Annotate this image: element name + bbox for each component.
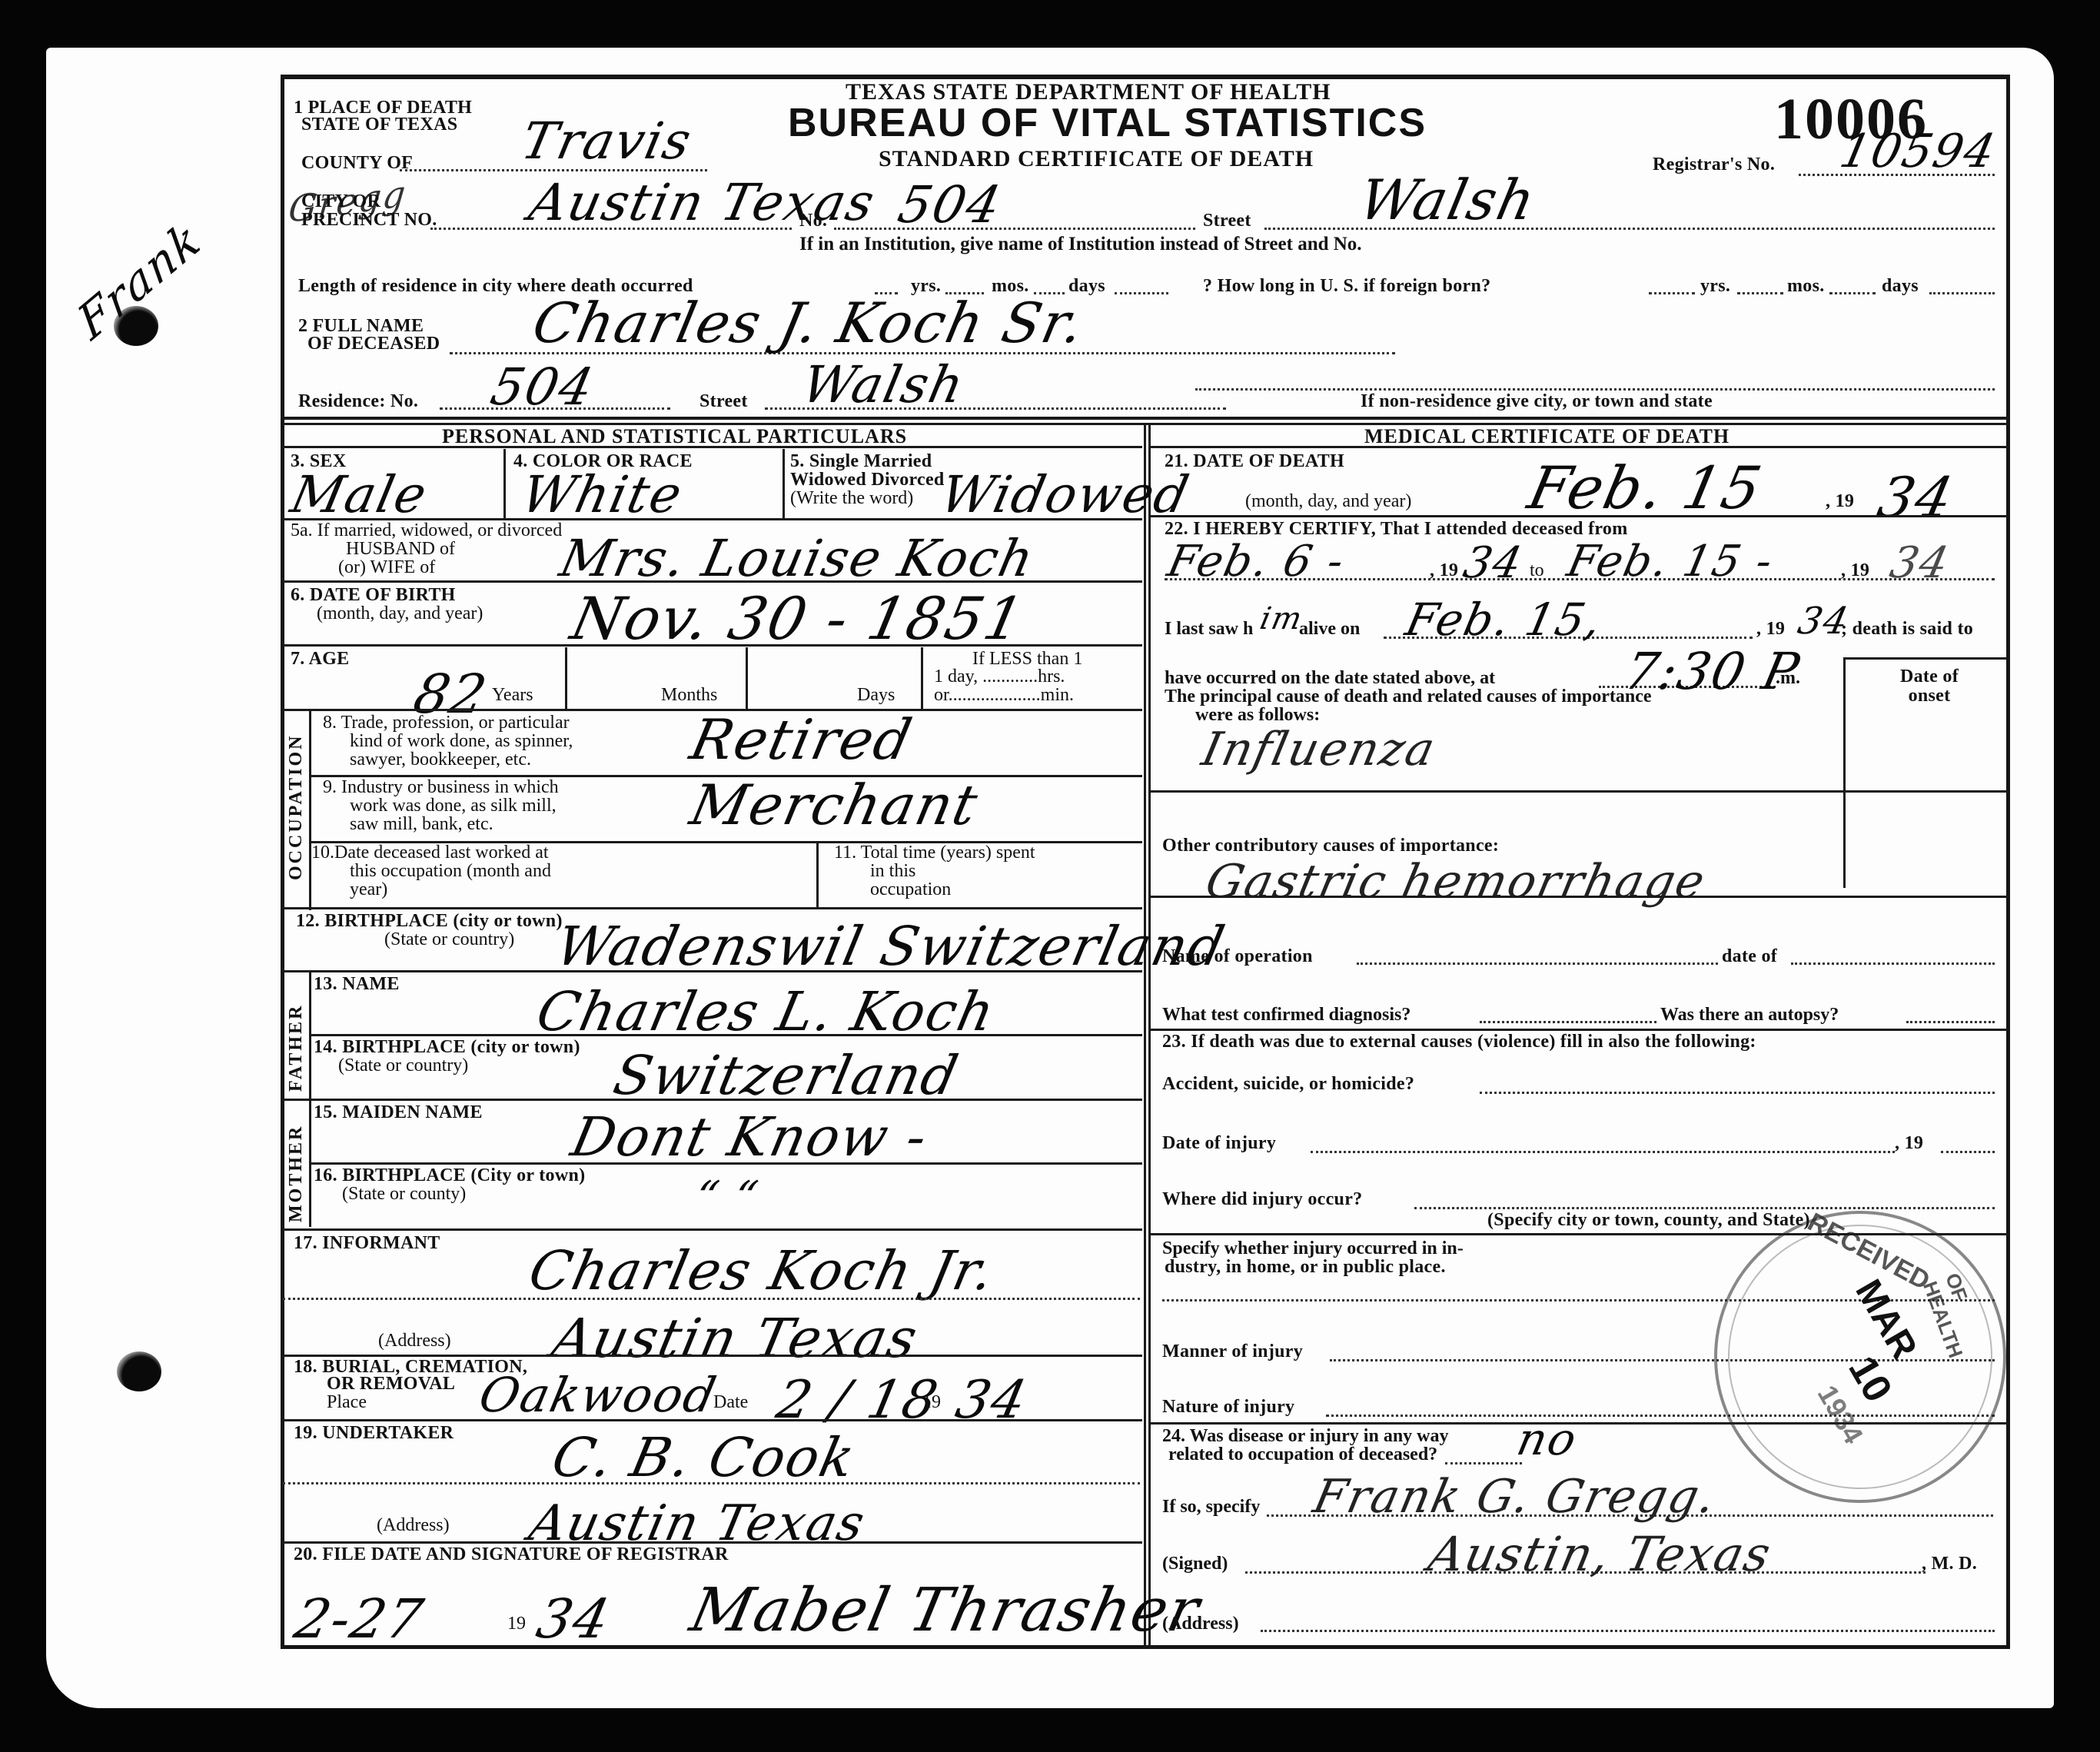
trade-label-2: kind of work done, as spinner,: [350, 732, 573, 751]
wife-of-label: (or) WIFE of: [338, 558, 435, 577]
less-than-hrs: 1 day, ............hrs.: [934, 667, 1065, 687]
industry-label-3: saw mill, bank, etc.: [350, 815, 493, 834]
occurred-label: have occurred on the date stated above, …: [1165, 669, 1495, 688]
test-confirmed-label: What test confirmed diagnosis?: [1162, 1006, 1411, 1025]
manner-of-injury-label: Manner of injury: [1162, 1342, 1303, 1361]
principal-cause-label: The principal cause of death and related…: [1165, 687, 1652, 706]
mother-maiden-value: Dont Know -: [566, 1105, 934, 1169]
form-title: STANDARD CERTIFICATE OF DEATH: [879, 146, 1314, 172]
birthplace-sublabel: (State or country): [384, 930, 514, 949]
nature-of-injury-label: Nature of injury: [1162, 1398, 1294, 1417]
informant-name-value: Charles Koch Jr.: [523, 1239, 1000, 1302]
residence-street-label: Street: [699, 392, 748, 411]
time-m-label: .m.: [1776, 669, 1800, 688]
residence-no-value: 504: [486, 357, 600, 417]
date-of-death-year-prefix: , 19: [1826, 492, 1854, 511]
specify-where-label: Specify whether injury occurred in in-: [1162, 1239, 1464, 1258]
to-label: to: [1530, 561, 1544, 580]
last-saw-value: Feb. 15,: [1401, 593, 1607, 646]
deceased-name-value: Charles J. Koch Sr.: [527, 291, 1091, 355]
spouse-value: Mrs. Louise Koch: [555, 529, 1040, 588]
number-value: 504: [893, 175, 1007, 234]
accident-label: Accident, suicide, or homicide?: [1162, 1075, 1414, 1094]
marital-options: Widowed Divorced: [790, 470, 945, 490]
personal-section-title: PERSONAL AND STATISTICAL PARTICULARS: [442, 425, 907, 448]
industry-label-2: work was done, as silk mill,: [350, 796, 557, 816]
burial-date-value: 2 / 18: [772, 1370, 945, 1431]
burial-removal-label: OR REMOVAL: [327, 1375, 455, 1394]
occupation-related-label: 24. Was disease or injury in any way: [1162, 1427, 1449, 1446]
mother-side-label: MOTHER: [286, 1125, 307, 1222]
informant-label: 17. INFORMANT: [294, 1234, 440, 1253]
physician-name: Frank G. Gregg.: [1309, 1470, 1722, 1524]
residence-street-value: Walsh: [797, 355, 970, 414]
mother-birthplace-label: 16. BIRTHPLACE (City or town): [314, 1166, 585, 1185]
registrar-label: 20. FILE DATE AND SIGNATURE OF REGISTRAR: [294, 1545, 729, 1564]
total-time-label-2: in this: [870, 862, 915, 881]
sex-value: Male: [286, 465, 433, 524]
trade-label-3: sawyer, bookkeeper, etc.: [350, 750, 531, 770]
street-value: Walsh: [1354, 168, 1542, 232]
dob-value: Nov. 30 - 1851: [566, 584, 1032, 653]
registrar-signature: Mabel Thrasher: [684, 1576, 1206, 1645]
occupation-related-value: no: [1513, 1413, 1583, 1465]
other-causes-label: Other contributory causes of importance:: [1162, 836, 1499, 856]
total-time-label-3: occupation: [870, 880, 951, 899]
attended-from-year-prefix: , 19: [1430, 561, 1458, 580]
attended-from-value: Feb. 6 -: [1163, 537, 1350, 587]
state-of-texas-label: STATE OF TEXAS: [301, 115, 457, 135]
mother-birthplace-sublabel: (State or county): [342, 1185, 466, 1204]
date-of-death-label: 21. DATE OF DEATH: [1165, 452, 1344, 471]
md-label: , M. D.: [1922, 1554, 1977, 1574]
burial-year-value: 34: [951, 1370, 1033, 1431]
less-than-min: or....................min.: [934, 686, 1074, 705]
external-causes-label: 23. If death was due to external causes …: [1162, 1032, 1756, 1052]
date-of-injury-year-prefix: , 19: [1895, 1134, 1923, 1153]
occupation-side-label: OCCUPATION: [286, 734, 307, 880]
informant-address-value: Austin Texas: [547, 1307, 924, 1370]
date-of-death-sublabel: (month, day, and year): [1245, 492, 1411, 511]
attended-to-year-prefix: , 19: [1841, 561, 1869, 580]
signed-label: (Signed): [1162, 1554, 1228, 1574]
father-birthplace-label: 14. BIRTHPLACE (city or town): [314, 1038, 580, 1057]
attended-to-value: Feb. 15 -: [1563, 537, 1778, 587]
last-worked-label: 10.Date deceased last worked at: [311, 843, 549, 863]
county-value: Travis: [517, 111, 698, 171]
foreign-mos-label: mos.: [1787, 277, 1825, 296]
city-label: CITY OR: [301, 192, 380, 211]
last-worked-label-3: year): [350, 880, 387, 899]
where-injury-label: Where did injury occur?: [1162, 1190, 1362, 1209]
undertaker-name-value: C. B. Cook: [547, 1426, 861, 1489]
operation-label: Name of operation: [1162, 947, 1313, 966]
principal-cause-value: Influenza: [1198, 723, 1441, 776]
registrar-no-value: 10594: [1836, 125, 2002, 178]
punch-hole-bottom: [117, 1351, 161, 1391]
date-of-injury-label: Date of injury: [1162, 1134, 1276, 1153]
specify-where-label-2: dustry, in home, or in public place.: [1165, 1258, 1446, 1277]
mother-birthplace-value: “ “: [690, 1172, 763, 1222]
county-label: COUNTY OF: [301, 154, 413, 173]
mother-maiden-label: 15. MAIDEN NAME: [314, 1103, 483, 1122]
signed-value: Austin, Texas: [1424, 1526, 1776, 1582]
dob-sublabel: (month, day, and year): [317, 604, 483, 623]
industry-value: Merchant: [685, 773, 985, 837]
other-causes-value: Gastric hemorrhage: [1201, 855, 1711, 909]
bureau-title: BUREAU OF VITAL STATISTICS: [788, 100, 1427, 146]
date-of-death-year: 34: [1872, 465, 1959, 530]
marital-label: 5. Single Married: [790, 452, 932, 471]
foreign-yrs-label: yrs.: [1700, 277, 1730, 296]
father-birthplace-value: Switzerland: [608, 1044, 965, 1107]
months-label: Months: [661, 686, 717, 705]
years-label: Years: [492, 686, 533, 705]
date-of-death-value: Feb. 15: [1523, 454, 1769, 522]
residence-no-label: Residence: No.: [298, 392, 418, 411]
birthplace-label: 12. BIRTHPLACE (city or town): [296, 912, 563, 931]
registrar-no-label: Registrar's No.: [1653, 155, 1775, 175]
attended-from-year: 34: [1459, 538, 1527, 588]
attended-to-year: 34: [1886, 538, 1954, 588]
husband-of-label: HUSBAND of: [346, 540, 455, 559]
death-said-label: ; death is said to: [1841, 620, 1973, 639]
nonresidence-note: If non-residence give city, or town and …: [1361, 392, 1713, 411]
occupation-related-label-2: related to occupation of deceased?: [1168, 1445, 1437, 1464]
received-stamp: RECEIVED OF HEALTH MAR 10 1934: [1714, 1211, 2006, 1503]
precinct-label: PRECINCT NO.: [301, 211, 437, 230]
institution-note: If in an Institution, give name of Insti…: [799, 234, 1362, 254]
last-worked-label-2: this occupation (month and: [350, 862, 551, 881]
medical-section-title: MEDICAL CERTIFICATE OF DEATH: [1364, 425, 1730, 448]
birthplace-value: Wadenswil Switzerland: [550, 915, 1231, 978]
informant-address-label: (Address): [378, 1331, 451, 1351]
days-label: Days: [857, 686, 895, 705]
physician-address-label: (Address): [1162, 1614, 1239, 1634]
father-name-label: 13. NAME: [314, 975, 400, 994]
foreign-days-label: days: [1882, 277, 1919, 296]
industry-label: 9. Industry or business in which: [323, 778, 559, 797]
marital-note: (Write the word): [790, 489, 913, 508]
burial-year-prefix: 19: [922, 1393, 941, 1412]
foreign-born-label: ? How long in U. S. if foreign born?: [1203, 277, 1490, 296]
undertaker-address-label: (Address): [377, 1516, 450, 1535]
alive-on-label: alive on: [1299, 620, 1360, 639]
number-label: No.: [799, 211, 827, 231]
of-deceased-label: OF DECEASED: [307, 334, 440, 354]
trade-value: Retired: [685, 707, 919, 772]
total-time-label: 11. Total time (years) spent: [834, 843, 1035, 863]
age-label: 7. AGE: [291, 650, 349, 669]
race-value: White: [517, 465, 688, 524]
burial-place-value: Oakwood: [474, 1367, 722, 1423]
burial-date-label: Date: [713, 1393, 748, 1412]
last-saw-label: I last saw h: [1165, 620, 1253, 639]
street-label: Street: [1203, 211, 1251, 231]
registrar-year-prefix: 19: [507, 1614, 526, 1634]
registrar-year-value: 34: [531, 1587, 616, 1651]
if-so-specify-label: If so, specify: [1162, 1498, 1260, 1517]
registrar-date-value: 2-27: [289, 1587, 430, 1651]
spouse-label: 5a. If married, widowed, or divorced: [291, 521, 562, 540]
dob-label: 6. DATE OF BIRTH: [291, 586, 456, 605]
father-birthplace-sublabel: (State or country): [338, 1056, 468, 1075]
autopsy-label: Was there an autopsy?: [1660, 1006, 1839, 1025]
undertaker-label: 19. UNDERTAKER: [294, 1424, 454, 1443]
burial-place-label: Place: [327, 1393, 367, 1412]
last-saw-year-prefix: , 19: [1756, 620, 1785, 639]
date-of-onset-label: Date of onset: [1887, 667, 1972, 706]
specify-city-note: (Specify city or town, county, and State…: [1487, 1211, 1810, 1230]
father-side-label: FATHER: [286, 1004, 307, 1092]
operation-date-label: date of: [1722, 947, 1777, 966]
trade-label: 8. Trade, profession, or particular: [323, 713, 570, 733]
